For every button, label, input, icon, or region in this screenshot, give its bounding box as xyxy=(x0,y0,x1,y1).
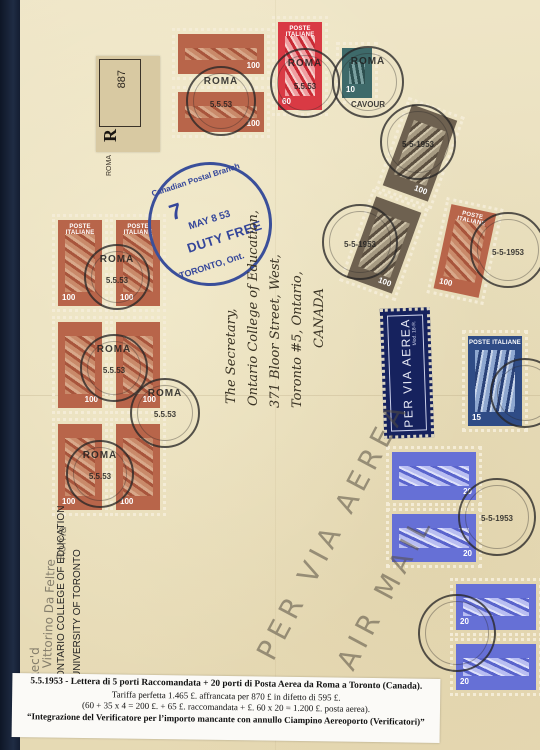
postmark-roma: ROMA5.5.53 xyxy=(130,378,200,448)
postmark-ciampino: 5-5-1953 xyxy=(470,212,540,288)
recipient-address: The Secretary, Ontario College of Educat… xyxy=(218,238,338,408)
registration-letter: R xyxy=(100,129,121,142)
registration-office: ROMA xyxy=(106,155,113,176)
registration-number: 887 xyxy=(116,70,128,88)
postmark-roma: ROMA5.5.53 xyxy=(66,440,134,508)
album-binder-edge xyxy=(0,0,22,750)
postmark-ciampino: 5-5-1953 xyxy=(380,104,456,180)
postmark-roma: ROMA5.5.53 xyxy=(186,66,256,136)
pencil-note-city: Roma xyxy=(54,526,69,561)
registration-label: 887 ROMA R xyxy=(96,56,160,152)
postmark-roma: ROMA5.5.53 xyxy=(84,244,150,310)
postmark-roma: ROMA5.5.53 xyxy=(270,48,340,118)
postmark-ciampino xyxy=(418,594,496,672)
album-caption: 5.5.1953 - Lettera di 5 porti Raccomanda… xyxy=(12,673,441,743)
postmark-roma: ROMACAVOUR xyxy=(332,46,404,118)
postmark-ciampino: 5-5-1953 xyxy=(458,478,536,556)
